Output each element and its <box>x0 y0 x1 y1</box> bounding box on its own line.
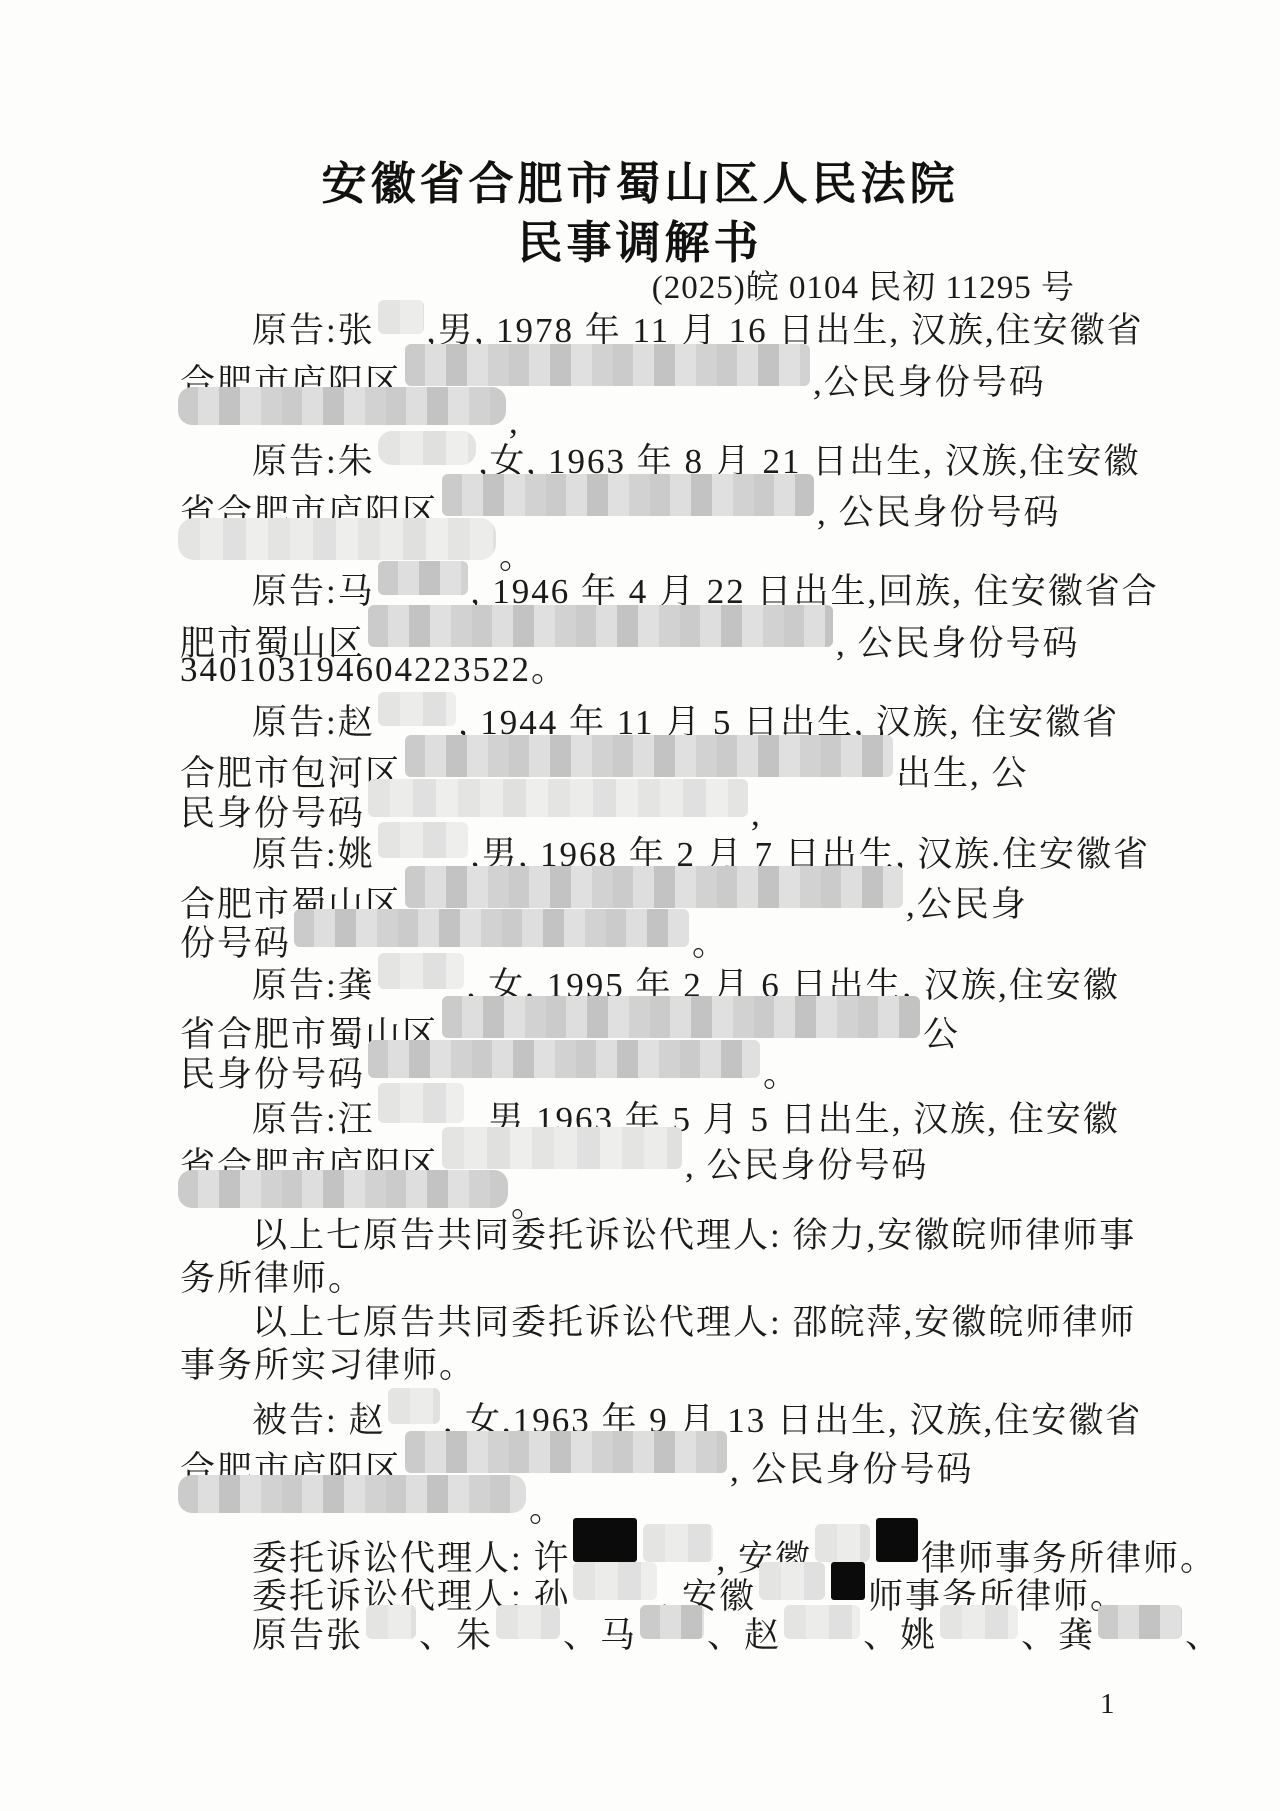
redaction-block <box>1098 1605 1182 1639</box>
text-segment: 、朱 <box>419 1616 493 1655</box>
line-plaintiff-yao-2: 合肥市蜀山区,公民身 <box>180 866 1028 910</box>
line-defendant-zhao-1: 被告: 赵, 女,1963 年 9 月 13 日出生, 汉族,住安徽省 <box>252 1388 1142 1432</box>
redaction-block <box>405 344 810 386</box>
line-plaintiff-wang-2: 省合肥市庐阳区, 公民身份号码 <box>180 1127 929 1171</box>
redaction-block <box>940 1605 1018 1639</box>
line-plaintiff-gong-3: 民身份号码。 <box>180 1040 800 1084</box>
text-segment: 原告张 <box>252 1616 363 1655</box>
redaction-block <box>368 1040 760 1078</box>
text-segment: 出生, 公 <box>896 754 1029 793</box>
line-plaintiff-wang-1: 原告:汪, 男,1963 年 5 月 5 日出生, 汉族, 住安徽 <box>252 1083 1120 1127</box>
redaction-block-black <box>831 1562 865 1600</box>
text-segment: ,公民身 <box>906 885 1028 924</box>
line-defendant-zhao-3: 。 <box>175 1475 566 1519</box>
redaction-block <box>378 431 476 465</box>
line-plaintiff-zhu-1: 原告:朱,女, 1963 年 8 月 21 日出生, 汉族,住安徽 <box>252 431 1141 475</box>
line-plaintiff-zhao-2: 合肥市包河区出生, 公 <box>180 735 1029 779</box>
text-segment: , 公民身份号码 <box>817 493 1061 532</box>
text-segment: , 公民身份号码 <box>836 624 1080 663</box>
line-defendant-agent1: 委托诉讼代理人: 许, 安徽律师事务所律师。 <box>252 1518 1217 1562</box>
redaction-block-black <box>876 1518 918 1562</box>
doc-type-title: 民事调解书 <box>0 206 1280 271</box>
text-segment: 、马 <box>563 1616 637 1655</box>
line-defendant-agent2: 委托诉讼代理人: 孙, 安徽师事务所律师。 <box>252 1562 1127 1606</box>
redaction-block <box>378 822 468 858</box>
text-segment: 、赵 <box>707 1616 781 1655</box>
redaction-block <box>378 300 424 334</box>
text-segment: 、 <box>1185 1616 1222 1655</box>
line-plaintiff-ma-1: 原告:马, 1946 年 4 月 22 日出生,回族, 住安徽省合 <box>252 561 1159 605</box>
line-plaintiff-zhang-1: 原告:张,男, 1978 年 11 月 16 日出生, 汉族,住安徽省 <box>252 300 1144 344</box>
line-plaintiffs-list: 原告张、朱、马、赵、姚、龚、 <box>252 1605 1222 1649</box>
redaction-block <box>640 1605 704 1639</box>
text-segment: , 公民身份号码 <box>685 1146 929 1185</box>
line-plaintiff-zhao-1: 原告:赵, 1944 年 11 月 5 日出生, 汉族, 住安徽省 <box>252 692 1119 736</box>
redaction-block-black <box>573 1518 637 1562</box>
text-segment: 340103194604223522。 <box>180 650 568 689</box>
redaction-block <box>759 1562 825 1600</box>
text-segment: , 公民身份号码 <box>730 1450 974 1489</box>
text-segment: 、龚 <box>1021 1616 1095 1655</box>
line-plaintiff-gong-1: 原告:龚, 女, 1995 年 2 月 6 日出生, 汉族,住安徽 <box>252 953 1120 997</box>
page-number: 1 <box>1100 1688 1115 1721</box>
redaction-block <box>378 1083 464 1123</box>
text-segment: 以上七原告共同委托诉讼代理人: 徐力,安徽皖师律师事 <box>252 1216 1136 1255</box>
redaction-block <box>178 518 496 560</box>
text-segment: 公 <box>923 1015 960 1054</box>
redaction-block <box>442 474 814 516</box>
line-plaintiffs-agent2-1: 以上七原告共同委托诉讼代理人: 邵皖萍,安徽皖师律师 <box>252 1301 1136 1345</box>
document-page: 安徽省合肥市蜀山区人民法院 民事调解书 (2025)皖 0104 民初 1129… <box>0 0 1280 1811</box>
redaction-block <box>643 1524 713 1562</box>
redaction-block <box>815 1524 870 1562</box>
line-plaintiff-zhao-3: 民身份号码, <box>180 779 762 823</box>
line-plaintiff-ma-2: 肥市蜀山区, 公民身份号码 <box>180 605 1080 649</box>
line-plaintiff-gong-2: 省合肥市蜀山区公 <box>180 996 960 1040</box>
redaction-block <box>178 1170 508 1208</box>
redaction-block <box>378 692 456 726</box>
line-plaintiff-zhu-3: 。 <box>175 518 536 562</box>
line-plaintiff-ma-3: 340103194604223522。 <box>180 648 568 692</box>
redaction-block <box>378 953 464 989</box>
redaction-block <box>388 1388 440 1424</box>
redaction-block <box>368 605 833 647</box>
redaction-block <box>368 779 748 817</box>
redaction-block <box>378 561 468 595</box>
line-plaintiff-wang-3: 。 <box>175 1170 548 1214</box>
redaction-block <box>496 1605 560 1639</box>
line-plaintiff-zhang-2: 合肥市庐阳区,公民身份号码 <box>180 344 1046 388</box>
redaction-block <box>294 909 689 947</box>
redaction-block <box>405 1431 727 1473</box>
text-segment: 以上七原告共同委托诉讼代理人: 邵皖萍,安徽皖师律师 <box>252 1303 1136 1342</box>
line-defendant-zhao-2: 合肥市庐阳区, 公民身份号码 <box>180 1431 974 1475</box>
line-plaintiff-zhang-3: , <box>175 387 520 431</box>
line-plaintiffs-agent2-2: 事务所实习律师。 <box>180 1344 476 1388</box>
redaction-block <box>405 866 903 908</box>
line-plaintiff-zhu-2: 省合肥市庐阳区, 公民身份号码 <box>180 474 1061 518</box>
redaction-block <box>442 1127 682 1169</box>
line-plaintiffs-agent1-1: 以上七原告共同委托诉讼代理人: 徐力,安徽皖师律师事 <box>252 1214 1136 1258</box>
text-segment: 、姚 <box>863 1616 937 1655</box>
line-plaintiffs-agent1-2: 务所律师。 <box>180 1257 365 1301</box>
redaction-block <box>178 1475 526 1513</box>
redaction-block <box>366 1605 416 1639</box>
text-segment: ,公民身份号码 <box>813 363 1046 402</box>
redaction-block <box>784 1605 860 1639</box>
text-segment: 务所律师。 <box>180 1259 365 1298</box>
line-plaintiff-yao-3: 份号码。 <box>180 909 729 953</box>
redaction-block <box>442 996 920 1038</box>
redaction-block <box>573 1562 657 1600</box>
line-plaintiff-yao-1: 原告:姚,男, 1968 年 2 月 7 日出生, 汉族.住安徽省 <box>252 822 1150 866</box>
redaction-block <box>178 387 506 425</box>
redaction-block <box>405 735 893 777</box>
court-title: 安徽省合肥市蜀山区人民法院 <box>0 147 1280 212</box>
text-segment: 事务所实习律师。 <box>180 1346 476 1385</box>
